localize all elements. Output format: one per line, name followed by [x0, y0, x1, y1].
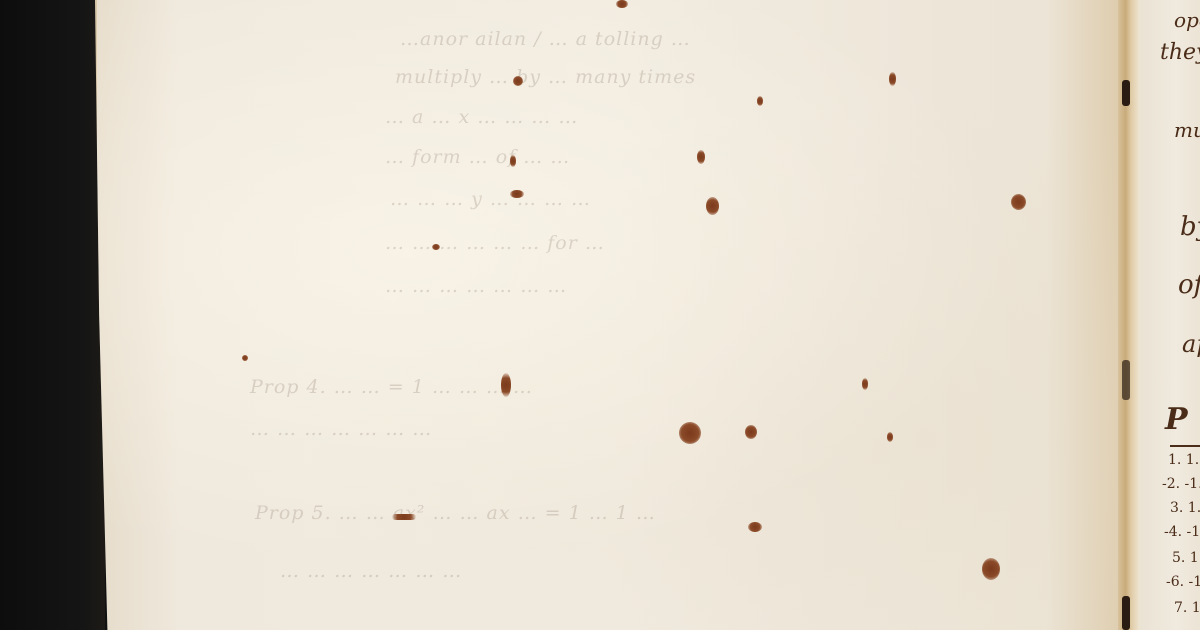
- foxing-spot: [706, 197, 719, 215]
- foxing-spot: [889, 72, 896, 86]
- foxing-spot: [510, 190, 524, 198]
- table-rule: [1170, 445, 1200, 447]
- foxing-spot: [982, 558, 1000, 580]
- left-manuscript-page: [95, 0, 1129, 630]
- numbered-row: -4. -1: [1164, 524, 1200, 540]
- foxing-spot: [501, 373, 511, 397]
- bleed-through-line: … … … … … … …: [250, 418, 432, 440]
- bleed-through-line: …anor ailan / … a tolling …: [400, 28, 691, 50]
- bleed-through-line: … form … of … …: [385, 146, 570, 168]
- numbered-row: -2. -1.: [1162, 476, 1200, 492]
- foxing-spot: [513, 76, 523, 86]
- margin-word: mu: [1174, 118, 1200, 142]
- numbered-row: -6. -1: [1166, 574, 1200, 590]
- margin-word: they: [1160, 40, 1200, 65]
- margin-word: ap: [1182, 330, 1200, 358]
- foxing-spot: [432, 244, 440, 250]
- foxing-spot: [757, 96, 763, 106]
- bleed-through-line: multiply … by … many times: [395, 66, 696, 88]
- bleed-through-line: … a … x … … … …: [385, 106, 578, 128]
- bleed-through-line: … … … … … … for …: [385, 232, 605, 254]
- table-header-glyph: P: [1165, 402, 1188, 437]
- foxing-spot: [745, 425, 757, 439]
- margin-word: by: [1180, 212, 1200, 242]
- margin-word: ope: [1174, 8, 1200, 32]
- bleed-through-line: Prop 4. … … = 1 … … … …: [250, 376, 533, 398]
- foxing-spot: [748, 522, 762, 532]
- foxing-spot: [616, 0, 628, 8]
- numbered-row: 5. 1: [1172, 550, 1199, 566]
- foxing-spot: [510, 155, 516, 167]
- scan-background: [0, 0, 105, 630]
- numbered-row: 7. 1: [1174, 600, 1200, 616]
- binding-shadow: [1122, 596, 1130, 630]
- foxing-spot: [392, 514, 416, 520]
- numbered-row: 3. 1.: [1170, 500, 1200, 516]
- binding-shadow: [1122, 360, 1130, 400]
- bleed-through-line: … … … … … … …: [385, 275, 567, 297]
- foxing-spot: [887, 432, 893, 442]
- bleed-through-line: Prop 5. … … ax² … … ax … = 1 … 1 …: [255, 502, 656, 524]
- margin-word: of: [1178, 270, 1200, 300]
- foxing-spot: [679, 422, 701, 444]
- bleed-through-line: … … … … … … …: [280, 560, 462, 582]
- binding-shadow: [1122, 80, 1130, 106]
- numbered-row: 1. 1.: [1168, 452, 1199, 468]
- foxing-spot: [242, 355, 248, 361]
- foxing-spot: [1011, 194, 1026, 210]
- bleed-through-line: … … … y … … … …: [390, 188, 591, 210]
- foxing-spot: [862, 378, 868, 390]
- foxing-spot: [697, 150, 705, 164]
